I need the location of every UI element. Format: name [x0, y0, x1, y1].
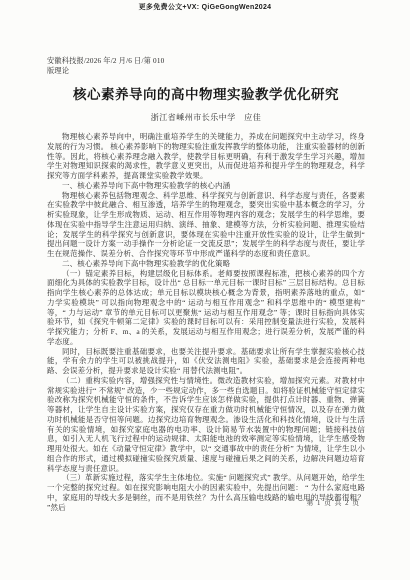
- article-body: 物理核心素养导向中，明确注重培养学生的关键能力，养成在问题探究中主动学习，终身发…: [47, 132, 365, 512]
- paragraph-core-meaning: 物理核心素养包括物理观念、科学思维、科学探究与创新意识、科学态度与责任，各要素在…: [47, 191, 365, 259]
- paragraph-strategy-2: （二）重构实验内容，增强探究性与情境性。微改造教材实验，增加探究元素。对教材中常…: [47, 376, 365, 474]
- watermark-header: 更多免费公文+VX: QiGeGongWen2024: [0, 2, 410, 12]
- paragraph-strategy-1b: 同时，目标既要注重基础要求，也要关注提升要求。基础要求让所有学生掌握实验核心技能…: [47, 347, 365, 376]
- masthead-line1: 安徽科技报/2026 年/2 月/6 日/第 010: [47, 57, 365, 67]
- masthead-line2: 版理论: [47, 67, 365, 77]
- article-title: 核心素养导向的高中物理实验教学优化研究: [47, 87, 365, 103]
- document-page: 更多免费公文+VX: QiGeGongWen2024 安徽科技报/2026 年/…: [0, 0, 410, 580]
- masthead: 安徽科技报/2026 年/2 月/6 日/第 010 版理论: [47, 57, 365, 76]
- paragraph-intro: 物理核心素养导向中，明确注重培养学生的关键能力，养成在问题探究中主动学习，终身发…: [47, 132, 365, 181]
- article-byline: 浙江省嵊州市长乐中学 应佳: [47, 112, 365, 123]
- paragraph-strategy-1: （一）锚定素养目标，构建层级化目标体系。老师要按照课程标准，把核心素养的四个方面…: [47, 269, 365, 347]
- section-heading-2: 二、核心素养导向下高中物理实验教学的优化策略: [47, 259, 365, 269]
- document-content: 安徽科技报/2026 年/2 月/6 日/第 010 版理论 核心素养导向的高中…: [47, 57, 365, 512]
- page-number: 第 1 页 共 2 页: [307, 497, 360, 507]
- section-heading-1: 一、核心素养导向下高中物理实验教学的核心内涵: [47, 181, 365, 191]
